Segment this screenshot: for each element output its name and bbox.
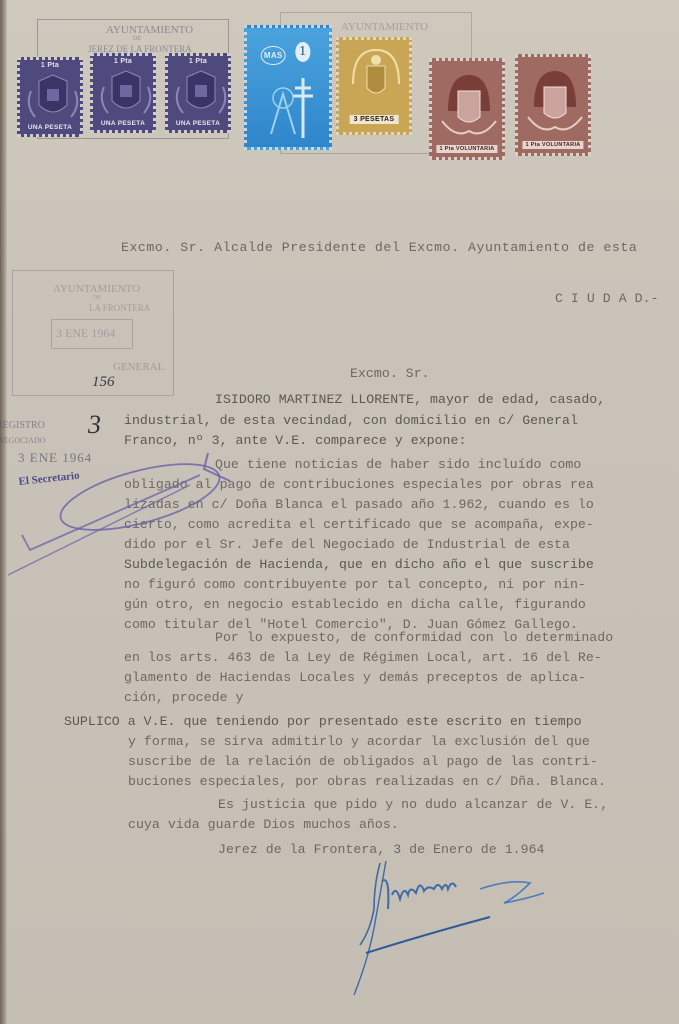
revenue-stamp-una-peseta-2: 1 Pta UNA PESETA [90, 53, 156, 133]
ink-stamp-line2: DE [93, 295, 101, 301]
handwritten-registry-number: 156 [92, 374, 115, 391]
coat-of-arms-icon [343, 44, 409, 108]
stamp-value: 1 Pta [189, 58, 207, 65]
coat-of-arms-icon [23, 71, 83, 127]
handwritten-margin-number: 3 [88, 410, 101, 440]
closing-line-2: cuya vida guarde Dios muchos años. [128, 815, 399, 836]
request-line-1: SUPLICO a V.E. que teniendo por presenta… [64, 712, 582, 733]
ink-stamp-line1: AYUNTAMIENTO [106, 24, 193, 36]
stamp-label: UNA PESETA [176, 120, 220, 127]
paragraph1-line-8: gún otro, en negocio establecido en dich… [124, 595, 586, 616]
coat-of-arms-icon [96, 67, 156, 123]
request-line-3: suscribe de la relación de obligados al … [128, 752, 598, 773]
closing-line-1: Es justicia que pido y no dudo alcanzar … [218, 795, 608, 816]
revenue-stamp-una-peseta-1: 1 Pta UNA PESETA [17, 57, 83, 137]
stamp-label: 1 Pta VOLUNTARIA [436, 145, 497, 153]
coat-of-arms-icon [522, 61, 588, 139]
stamp-value: 1 Pta [114, 58, 132, 65]
stamp-monogram: MAS [261, 46, 286, 65]
revenue-stamp-3-pesetas: 3 PESETAS [336, 37, 412, 135]
request-line-2: y forma, se sirva admitirlo y acordar la… [128, 732, 590, 753]
ink-stamp-date-box: 3 ENE 1964 [51, 319, 133, 349]
paragraph1-line-1: Que tiene noticias de haber sido incluíd… [215, 455, 581, 476]
ink-stamp-footer: GENERAL [113, 361, 164, 373]
intro-line-1: ISIDORO MARTINEZ LLORENTE, mayor de edad… [215, 390, 605, 411]
addressee-line: Excmo. Sr. Alcalde Presidente del Excmo.… [121, 238, 637, 259]
request-line-4: buciones especiales, por obras realizada… [128, 772, 606, 793]
paragraph2-line-2: en los arts. 463 de la Ley de Régimen Lo… [124, 648, 602, 669]
stamp-value: 1 Pta [41, 62, 59, 69]
paragraph2-line-4: ción, procede y [124, 688, 243, 709]
revenue-stamp-mutualidad: 1 MAS [244, 25, 332, 150]
document-page: AYUNTAMIENTO DE JEREZ DE LA FRONTERA AYU… [0, 0, 679, 1024]
coat-of-arms-icon [436, 65, 502, 143]
paragraph2-line-1: Por lo expuesto, de conformidad con lo d… [215, 628, 613, 649]
revenue-stamp-voluntaria-1: 1 Pta VOLUNTARIA [429, 58, 505, 160]
stamp-label: 3 PESETAS [350, 115, 399, 124]
cross-of-lorraine-icon [261, 74, 321, 144]
stamp-label: 1 Pta VOLUNTARIA [522, 141, 583, 149]
ink-stamp-line1: AYUNTAMIENTO [341, 21, 428, 33]
ink-stamp-line3: LA FRONTERA [89, 303, 150, 313]
coat-of-arms-icon [171, 67, 231, 123]
intro-line-2: industrial, de esta vecindad, con domici… [124, 411, 578, 432]
ink-stamp-secretary-line2: NEGOCIADO [0, 436, 46, 445]
stamp-value: 1 [295, 42, 310, 62]
ink-stamp-line1: AYUNTAMIENTO [53, 283, 140, 295]
signature-icon [330, 855, 570, 995]
ink-stamp-secretary-line1: REGISTRO [0, 420, 45, 431]
stamp-label: UNA PESETA [101, 120, 145, 127]
stamp-label: UNA PESETA [28, 124, 72, 131]
revenue-stamp-voluntaria-2: 1 Pta VOLUNTARIA [515, 54, 591, 156]
salutation: Excmo. Sr. [350, 364, 430, 385]
revenue-stamp-una-peseta-3: 1 Pta UNA PESETA [165, 53, 231, 133]
ink-stamp-line2: DE [133, 36, 141, 42]
city-line: C I U D A D.- [555, 289, 659, 310]
ink-stamp-date: 3 ENE 1964 [56, 326, 115, 341]
paragraph2-line-3: glamento de Haciendas Locales y demás pr… [124, 668, 586, 689]
margin-annotation-mark-icon [0, 445, 260, 585]
